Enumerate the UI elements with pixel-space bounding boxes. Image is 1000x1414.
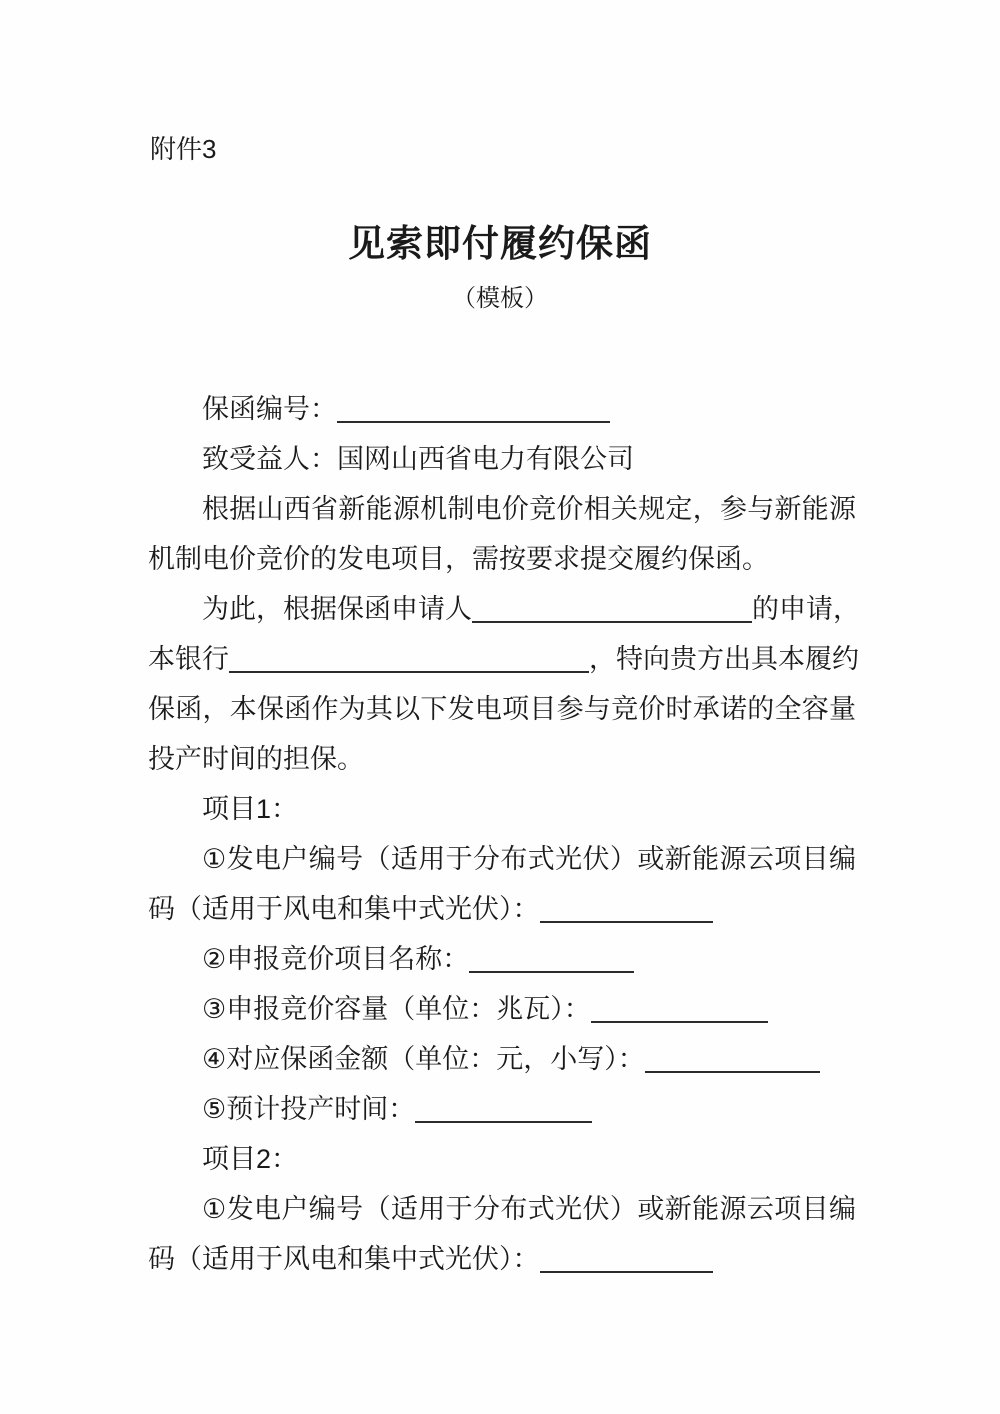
text-run: ，特向贵方出具本履约 — [589, 644, 859, 674]
blank-underline — [645, 1069, 820, 1073]
document-title: 见索即付履约保函 — [0, 221, 1000, 267]
doc-line: 为此，根据保函申请人的申请， — [148, 584, 856, 634]
text-run: ④对应保函金额（单位：元，小写）： — [202, 1044, 645, 1074]
blank-underline — [337, 419, 610, 423]
doc-line: 保函，本保函作为其以下发电项目参与竞价时承诺的全容量 — [148, 684, 856, 734]
doc-line: ③申报竞价容量（单位：兆瓦）： — [148, 984, 856, 1034]
doc-line: 项目1： — [148, 784, 856, 834]
doc-line: 项目2： — [148, 1134, 856, 1184]
blank-underline — [472, 619, 752, 623]
text-run: 码（适用于风电和集中式光伏）： — [148, 1244, 540, 1274]
text-run: ③申报竞价容量（单位：兆瓦）： — [202, 994, 591, 1024]
text-run: ①发电户编号（适用于分布式光伏）或新能源云项目编 — [202, 844, 856, 874]
doc-line: ①发电户编号（适用于分布式光伏）或新能源云项目编 — [148, 1184, 856, 1234]
text-run: 投产时间的担保。 — [148, 744, 364, 774]
blank-underline — [229, 669, 589, 673]
text-run: ⑤预计投产时间： — [202, 1094, 415, 1124]
document-subtitle: （模板） — [0, 284, 1000, 314]
attachment-label: 附件3 — [150, 0, 1000, 164]
blank-underline — [415, 1119, 592, 1123]
doc-line: 根据山西省新能源机制电价竞价相关规定，参与新能源 — [148, 484, 856, 534]
doc-line: ④对应保函金额（单位：元，小写）： — [148, 1034, 856, 1084]
text-run: 致受益人：国网山西省电力有限公司 — [202, 444, 634, 474]
text-run: 码（适用于风电和集中式光伏）： — [148, 894, 540, 924]
text-run: 保函编号： — [202, 394, 337, 424]
blank-underline — [469, 969, 634, 973]
doc-line: ⑤预计投产时间： — [148, 1084, 856, 1134]
text-run: 为此，根据保函申请人 — [202, 594, 472, 624]
text-run: 项目2： — [202, 1144, 298, 1174]
doc-line: 致受益人：国网山西省电力有限公司 — [148, 434, 856, 484]
document-page: 附件3 见索即付履约保函 （模板） 保函编号：致受益人：国网山西省电力有限公司根… — [0, 0, 1000, 1414]
text-run: ②申报竞价项目名称： — [202, 944, 469, 974]
doc-line: 机制电价竞价的发电项目，需按要求提交履约保函。 — [148, 534, 856, 584]
blank-underline — [591, 1019, 768, 1023]
blank-underline — [540, 919, 713, 923]
doc-line: 码（适用于风电和集中式光伏）： — [148, 884, 856, 934]
doc-line: ②申报竞价项目名称： — [148, 934, 856, 984]
blank-underline — [540, 1269, 713, 1273]
doc-line: ①发电户编号（适用于分布式光伏）或新能源云项目编 — [148, 834, 856, 884]
text-run: 根据山西省新能源机制电价竞价相关规定，参与新能源 — [202, 494, 856, 524]
text-run: 项目1： — [202, 794, 298, 824]
document-body: 保函编号：致受益人：国网山西省电力有限公司根据山西省新能源机制电价竞价相关规定，… — [148, 384, 856, 1284]
doc-line: 保函编号： — [148, 384, 856, 434]
text-run: ①发电户编号（适用于分布式光伏）或新能源云项目编 — [202, 1194, 856, 1224]
doc-line: 码（适用于风电和集中式光伏）： — [148, 1234, 856, 1284]
doc-line: 本银行，特向贵方出具本履约 — [148, 634, 856, 684]
doc-line: 投产时间的担保。 — [148, 734, 856, 784]
text-run: 保函，本保函作为其以下发电项目参与竞价时承诺的全容量 — [148, 694, 856, 724]
text-run: 的申请， — [752, 594, 860, 624]
text-run: 机制电价竞价的发电项目，需按要求提交履约保函。 — [148, 544, 769, 574]
text-run: 本银行 — [148, 644, 229, 674]
